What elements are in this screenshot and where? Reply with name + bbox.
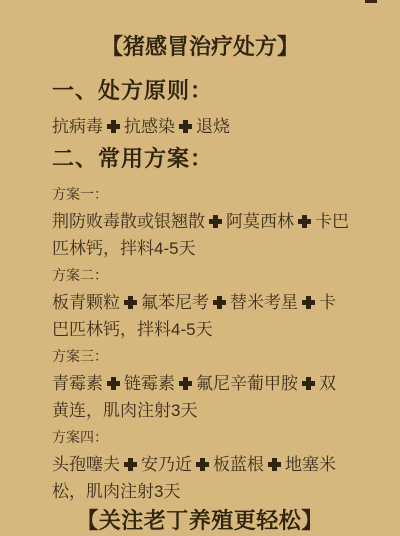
plus-icon [179,120,192,133]
usage-suffix: ，拌料4-5天 [103,239,196,258]
scheme-drugs-line: 荆防败毒散或银翘散阿莫西林卡巴匹林钙，拌料4-5天 [52,208,352,262]
plus-icon [179,377,192,390]
drug-name: 抗病毒 [52,117,103,136]
plus-icon [124,458,137,471]
drug-name: 板蓝根 [213,455,264,474]
plus-icon [124,296,137,309]
section-plans-heading: 二、常用方案： [52,146,358,172]
scheme-block: 方案二： 板青颗粒氟苯尼考替米考星卡巴匹林钙，拌料4-5天 [52,262,358,343]
plus-icon [268,458,281,471]
scheme-drugs-line: 头孢噻夫安乃近板蓝根地塞米松，肌肉注射3天 [52,451,352,505]
section-principle-heading: 一、处方原则： [52,78,358,104]
drug-name: 氟苯尼考 [141,293,209,312]
scheme-drugs-line: 板青颗粒氟苯尼考替米考星卡巴匹林钙，拌料4-5天 [52,289,352,343]
drug-name: 安乃近 [141,455,192,474]
usage-suffix: ，肌肉注射3天 [69,482,180,501]
plus-icon [213,296,226,309]
drug-name: 青霉素 [52,374,103,393]
page-title: 【猪感冒治疗处方】 [0,0,400,60]
plus-icon [302,296,315,309]
scheme-block: 方案四： 头孢噻夫安乃近板蓝根地塞米松，肌肉注射3天 [52,424,358,505]
principle-line: 抗病毒抗感染退烧 [52,116,358,138]
plus-icon [302,377,315,390]
drug-name: 链霉素 [124,374,175,393]
top-edge-mark [365,0,377,3]
usage-suffix: ，肌肉注射3天 [86,401,197,420]
scheme-drugs-line: 青霉素链霉素氟尼辛葡甲胺双黄连，肌肉注射3天 [52,370,352,424]
drug-name: 头孢噻夫 [52,455,120,474]
plus-icon [209,215,222,228]
drug-name: 荆防败毒散或银翘散 [52,212,205,231]
scheme-label: 方案一： [52,181,358,208]
drug-name: 抗感染 [124,117,175,136]
scheme-label: 方案四： [52,424,358,451]
drug-name: 阿莫西林 [226,212,294,231]
scheme-block: 方案三： 青霉素链霉素氟尼辛葡甲胺双黄连，肌肉注射3天 [52,343,358,424]
plus-icon [298,215,311,228]
drug-name: 退烧 [196,117,230,136]
scheme-list: 方案一： 荆防败毒散或银翘散阿莫西林卡巴匹林钙，拌料4-5天 方案二： 板青颗粒… [52,181,358,505]
drug-name: 氟尼辛葡甲胺 [196,374,298,393]
poster-content: 一、处方原则： 抗病毒抗感染退烧 二、常用方案： 方案一： 荆防败毒散或银翘散阿… [0,78,358,505]
usage-suffix: ，拌料4-5天 [120,320,213,339]
drug-name: 替米考星 [230,293,298,312]
scheme-label: 方案二： [52,262,358,289]
plus-icon [107,377,120,390]
plus-icon [196,458,209,471]
footer-banner: 【关注老丁养殖更轻松】 [0,508,400,534]
scheme-label: 方案三： [52,343,358,370]
plus-icon [107,120,120,133]
scheme-block: 方案一： 荆防败毒散或银翘散阿莫西林卡巴匹林钙，拌料4-5天 [52,181,358,262]
poster-background: 【猪感冒治疗处方】 一、处方原则： 抗病毒抗感染退烧 二、常用方案： 方案一： … [0,0,400,536]
drug-name: 板青颗粒 [52,293,120,312]
